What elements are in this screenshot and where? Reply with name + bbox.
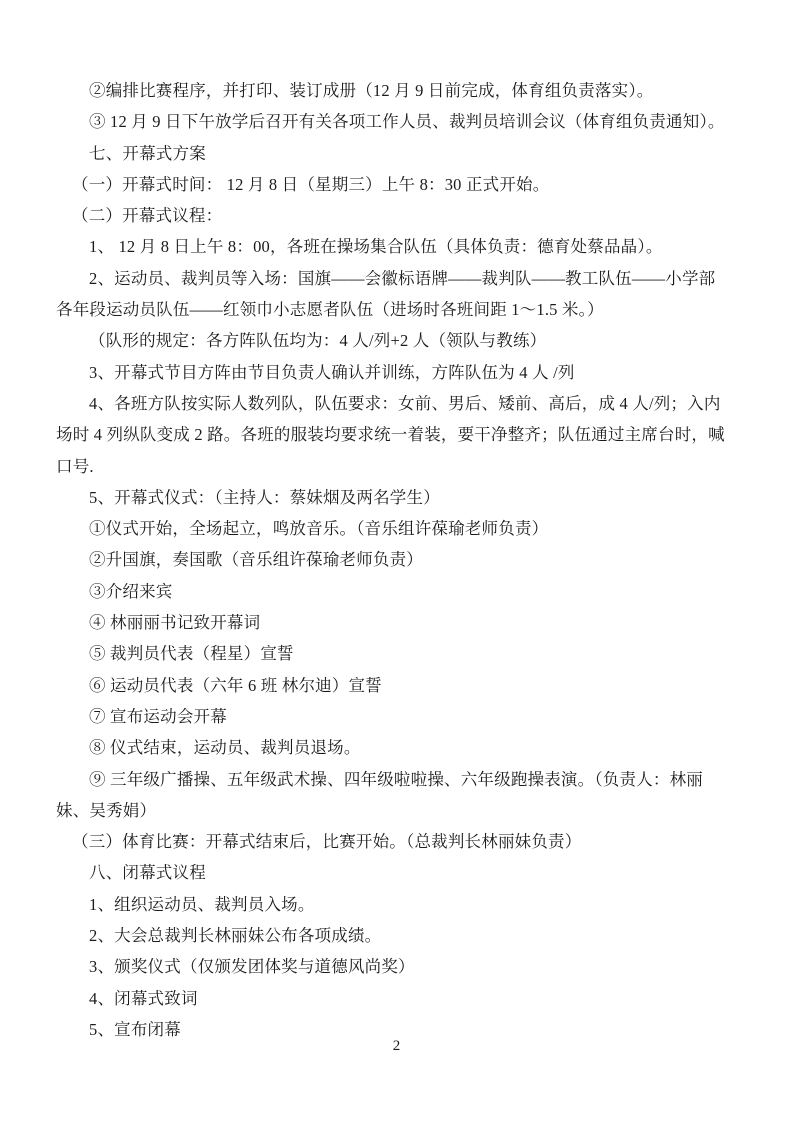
document-line: 口号. <box>56 451 756 482</box>
document-line: 2、大会总裁判长林丽妹公布各项成绩。 <box>56 920 756 951</box>
document-line: 妹、吴秀娟） <box>56 795 756 826</box>
document-line: 3、颁奖仪式（仅颁发团体奖与道德风尚奖） <box>56 951 756 982</box>
page-footer: 2 <box>0 1036 793 1056</box>
document-line: ⑤ 裁判员代表（程星）宣誓 <box>56 638 756 669</box>
page-number: 2 <box>393 1038 401 1054</box>
document-line: （一）开幕式时间： 12 月 8 日（星期三）上午 8：30 正式开始。 <box>56 169 756 200</box>
document-line: 各年段运动员队伍——红领巾小志愿者队伍（进场时各班间距 1～1.5 米。） <box>56 294 756 325</box>
document-body: ②编排比赛程序，并打印、装订成册（12 月 9 日前完成，体育组负责落实）。③ … <box>56 75 756 1045</box>
document-line: 3、开幕式节目方阵由节目负责人确认并训练，方阵队伍为 4 人 /列 <box>56 357 756 388</box>
document-line: ④ 林丽丽书记致开幕词 <box>56 607 756 638</box>
document-line: 八、闭幕式议程 <box>56 857 756 888</box>
document-line: 4、各班方队按实际人数列队，队伍要求：女前、男后、矮前、高后，成 4 人/列；入… <box>56 388 756 419</box>
document-line: 1、组织运动员、裁判员入场。 <box>56 889 756 920</box>
document-line: ③ 12 月 9 日下午放学后召开有关各项工作人员、裁判员培训会议（体育组负责通… <box>56 106 756 137</box>
document-line: 七、开幕式方案 <box>56 138 756 169</box>
document-line: ⑨ 三年级广播操、五年级武术操、四年级啦啦操、六年级跑操表演。（负责人：林丽 <box>56 764 756 795</box>
document-line: ⑦ 宣布运动会开幕 <box>56 701 756 732</box>
document-line: （队形的规定：各方阵队伍均为：4 人/列+2 人（领队与教练） <box>56 325 756 356</box>
document-line: （三）体育比赛：开幕式结束后，比赛开始。（总裁判长林丽妹负责） <box>56 826 756 857</box>
document-line: 2、运动员、裁判员等入场：国旗——会徽标语牌——裁判队——教工队伍——小学部 <box>56 263 756 294</box>
document-line: 4、闭幕式致词 <box>56 983 756 1014</box>
document-line: 5、开幕式仪式：（主持人：蔡妹烟及两名学生） <box>56 482 756 513</box>
document-line: 1、 12 月 8 日上午 8：00，各班在操场集合队伍（具体负责：德育处蔡品晶… <box>56 231 756 262</box>
document-line: ⑥ 运动员代表（六年 6 班 林尔迪）宣誓 <box>56 670 756 701</box>
document-line: 场时 4 列纵队变成 2 路。各班的服装均要求统一着装，要干净整齐；队伍通过主席… <box>56 419 756 450</box>
document-line: ②编排比赛程序，并打印、装订成册（12 月 9 日前完成，体育组负责落实）。 <box>56 75 756 106</box>
document-line: ①仪式开始，全场起立，鸣放音乐。（音乐组许葆瑜老师负责） <box>56 513 756 544</box>
document-line: ⑧ 仪式结束，运动员、裁判员退场。 <box>56 732 756 763</box>
document-line: ②升国旗，奏国歌（音乐组许葆瑜老师负责） <box>56 544 756 575</box>
document-page: ②编排比赛程序，并打印、装订成册（12 月 9 日前完成，体育组负责落实）。③ … <box>0 0 793 1122</box>
document-line: ③介绍来宾 <box>56 576 756 607</box>
document-line: （二）开幕式议程： <box>56 200 756 231</box>
